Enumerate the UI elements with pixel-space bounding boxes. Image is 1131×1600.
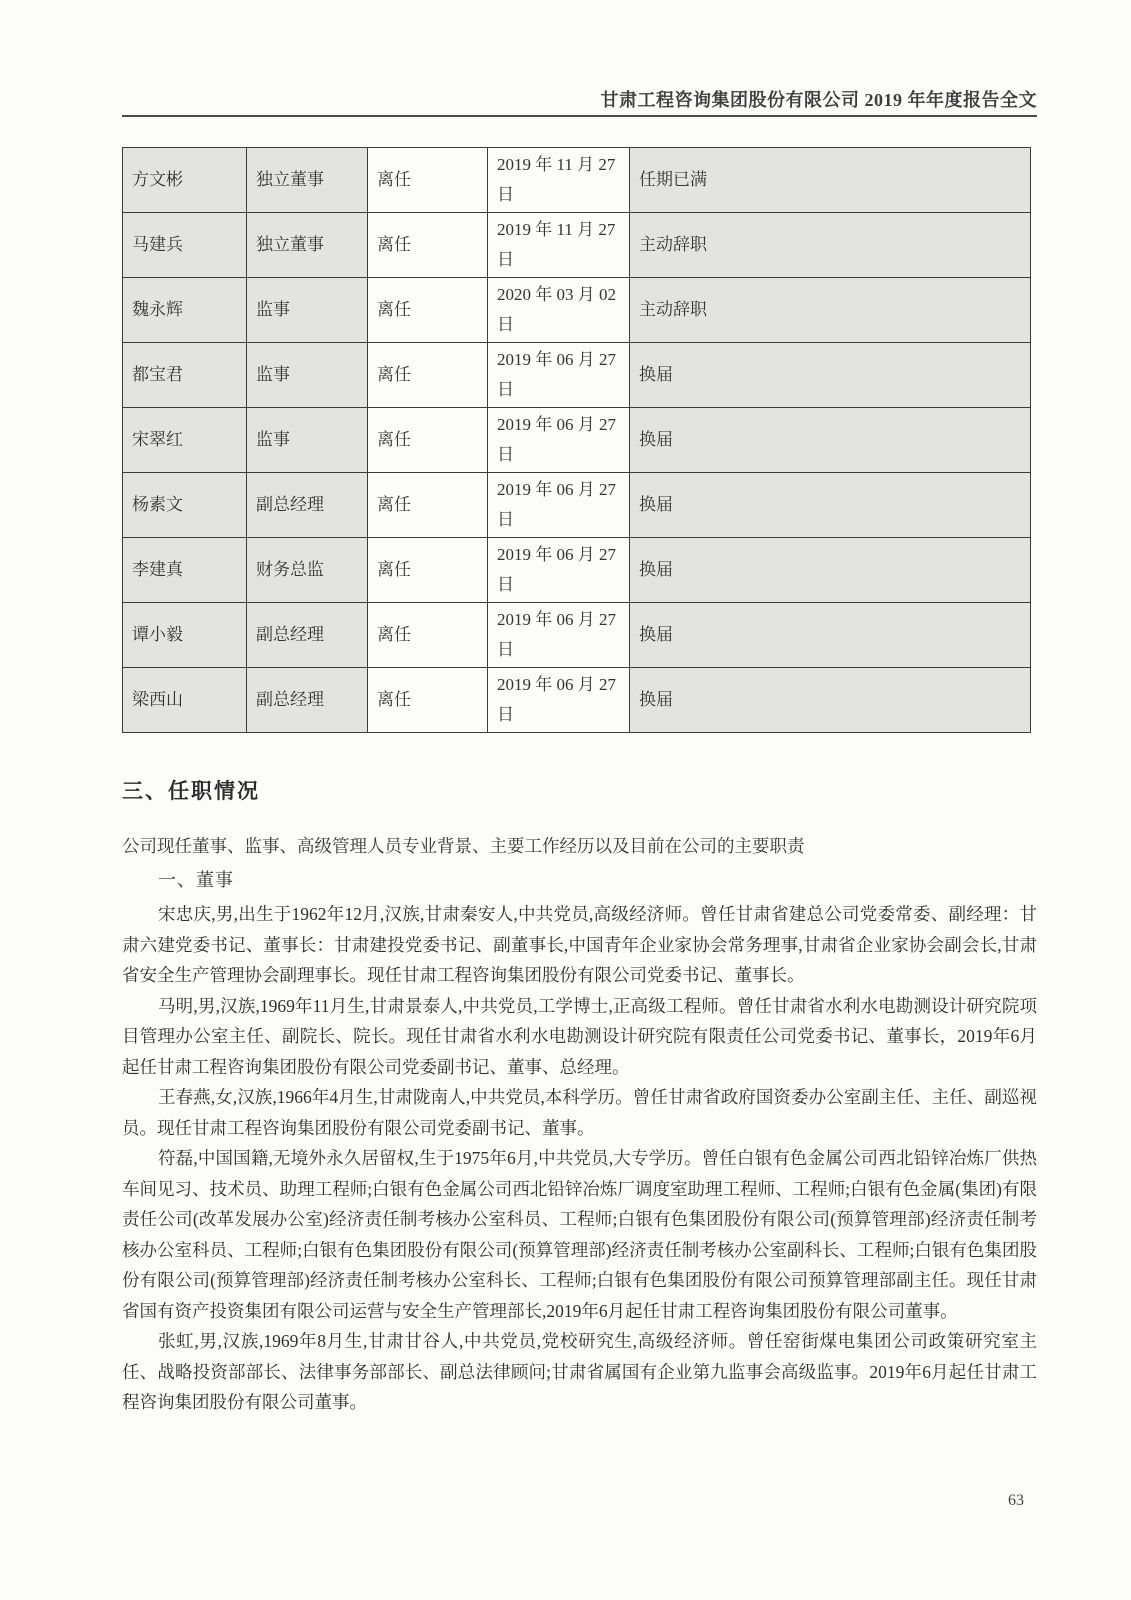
bio-paragraph-ma-ming: 马明,男,汉族,1969年11月生,甘肃景泰人,中共党员,工学博士,正高级工程师… xyxy=(122,991,1037,1083)
table-row: 魏永辉 监事 离任 2020 年 03 月 02 日 主动辞职 xyxy=(123,278,1031,343)
officer-position-cell: 副总经理 xyxy=(247,473,368,538)
officer-position-cell: 监事 xyxy=(247,343,368,408)
officer-reason-cell: 换届 xyxy=(630,343,1031,408)
officer-reason-cell: 换届 xyxy=(630,408,1031,473)
bio-paragraph-zhang-hong: 张虹,男,汉族,1969年8月生,甘肃甘谷人,中共党员,党校研究生,高级经济师。… xyxy=(122,1326,1037,1418)
officer-position-cell: 财务总监 xyxy=(247,538,368,603)
officer-status-cell: 离任 xyxy=(368,213,488,278)
table-row: 都宝君 监事 离任 2019 年 06 月 27 日 换届 xyxy=(123,343,1031,408)
officer-name-cell: 都宝君 xyxy=(123,343,247,408)
director-bios: 宋忠庆,男,出生于1962年12月,汉族,甘肃秦安人,中共党员,高级经济师。曾任… xyxy=(122,899,1037,1418)
departed-officers-table: 方文彬 独立董事 离任 2019 年 11 月 27 日 任期已满 马建兵 独立… xyxy=(122,147,1031,733)
officer-status-cell: 离任 xyxy=(368,603,488,668)
header-divider xyxy=(122,115,1037,117)
page-number: 63 xyxy=(1008,1492,1024,1510)
officer-reason-cell: 任期已满 xyxy=(630,148,1031,213)
officer-position-cell: 监事 xyxy=(247,278,368,343)
officer-name-cell: 谭小毅 xyxy=(123,603,247,668)
officer-reason-cell: 主动辞职 xyxy=(630,278,1031,343)
officer-date-cell: 2020 年 03 月 02 日 xyxy=(488,278,630,343)
bio-paragraph-fu-lei: 符磊,中国国籍,无境外永久居留权,生于1975年6月,中共党员,大专学历。曾任白… xyxy=(122,1143,1037,1326)
officer-name-cell: 杨素文 xyxy=(123,473,247,538)
table-row: 方文彬 独立董事 离任 2019 年 11 月 27 日 任期已满 xyxy=(123,148,1031,213)
officer-status-cell: 离任 xyxy=(368,473,488,538)
officer-status-cell: 离任 xyxy=(368,148,488,213)
officer-status-cell: 离任 xyxy=(368,278,488,343)
section-intro-text: 公司现任董事、监事、高级管理人员专业背景、主要工作经历以及目前在公司的主要职责 xyxy=(122,833,1037,858)
officer-date-cell: 2019 年 06 月 27 日 xyxy=(488,473,630,538)
officer-date-cell: 2019 年 06 月 27 日 xyxy=(488,668,630,733)
officer-date-cell: 2019 年 11 月 27 日 xyxy=(488,148,630,213)
officer-position-cell: 监事 xyxy=(247,408,368,473)
officer-name-cell: 马建兵 xyxy=(123,213,247,278)
officer-name-cell: 李建真 xyxy=(123,538,247,603)
officer-date-cell: 2019 年 11 月 27 日 xyxy=(488,213,630,278)
officer-date-cell: 2019 年 06 月 27 日 xyxy=(488,408,630,473)
officer-position-cell: 副总经理 xyxy=(247,603,368,668)
officer-name-cell: 魏永辉 xyxy=(123,278,247,343)
bio-paragraph-song-zhongqing: 宋忠庆,男,出生于1962年12月,汉族,甘肃秦安人,中共党员,高级经济师。曾任… xyxy=(122,899,1037,991)
officer-status-cell: 离任 xyxy=(368,538,488,603)
officer-date-cell: 2019 年 06 月 27 日 xyxy=(488,603,630,668)
officer-position-cell: 副总经理 xyxy=(247,668,368,733)
officer-status-cell: 离任 xyxy=(368,343,488,408)
officer-reason-cell: 换届 xyxy=(630,538,1031,603)
table-row: 梁西山 副总经理 离任 2019 年 06 月 27 日 换届 xyxy=(123,668,1031,733)
table-row: 谭小毅 副总经理 离任 2019 年 06 月 27 日 换届 xyxy=(123,603,1031,668)
officer-reason-cell: 换届 xyxy=(630,668,1031,733)
document-page: 甘肃工程咨询集团股份有限公司 2019 年年度报告全文 方文彬 独立董事 离任 … xyxy=(0,0,1131,1600)
officer-reason-cell: 主动辞职 xyxy=(630,213,1031,278)
officer-status-cell: 离任 xyxy=(368,408,488,473)
officer-name-cell: 宋翠红 xyxy=(123,408,247,473)
subsection-heading: 一、董事 xyxy=(158,866,234,892)
report-header-title: 甘肃工程咨询集团股份有限公司 2019 年年度报告全文 xyxy=(122,86,1037,112)
officer-status-cell: 离任 xyxy=(368,668,488,733)
officer-date-cell: 2019 年 06 月 27 日 xyxy=(488,538,630,603)
officer-reason-cell: 换届 xyxy=(630,603,1031,668)
table-row: 杨素文 副总经理 离任 2019 年 06 月 27 日 换届 xyxy=(123,473,1031,538)
officer-reason-cell: 换届 xyxy=(630,473,1031,538)
table-row: 宋翠红 监事 离任 2019 年 06 月 27 日 换届 xyxy=(123,408,1031,473)
section-heading: 三、任职情况 xyxy=(122,775,260,805)
bio-paragraph-wang-chunyan: 王春燕,女,汉族,1966年4月生,甘肃陇南人,中共党员,本科学历。曾任甘肃省政… xyxy=(122,1082,1037,1143)
officer-name-cell: 方文彬 xyxy=(123,148,247,213)
officer-position-cell: 独立董事 xyxy=(247,213,368,278)
table-row: 李建真 财务总监 离任 2019 年 06 月 27 日 换届 xyxy=(123,538,1031,603)
officer-name-cell: 梁西山 xyxy=(123,668,247,733)
officer-position-cell: 独立董事 xyxy=(247,148,368,213)
officer-date-cell: 2019 年 06 月 27 日 xyxy=(488,343,630,408)
table-row: 马建兵 独立董事 离任 2019 年 11 月 27 日 主动辞职 xyxy=(123,213,1031,278)
